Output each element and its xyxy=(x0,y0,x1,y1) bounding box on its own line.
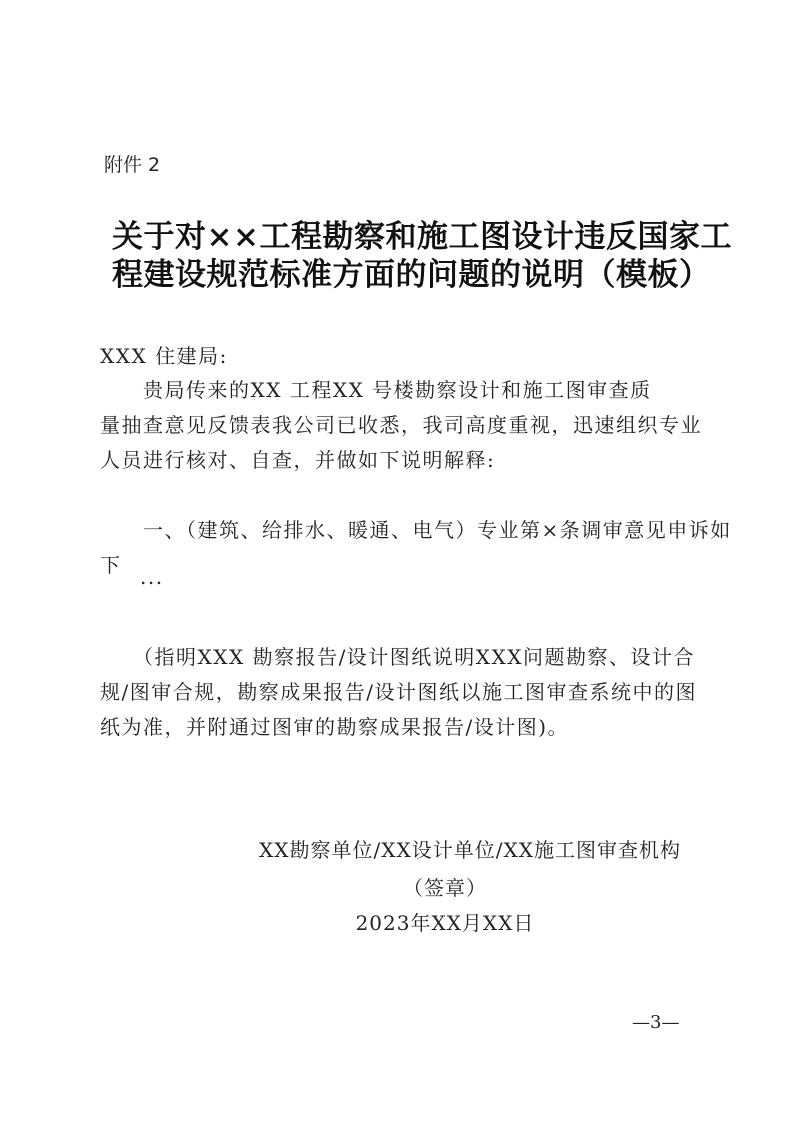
title-line-1: 关于对××工程勘察和施工图设计违反国家工 xyxy=(112,218,692,256)
attachment-label: 附件 2 xyxy=(104,150,160,177)
paragraph-line: 规/图审合规，勘察成果报告/设计图纸以施工图审查系统中的图 xyxy=(100,675,700,710)
paragraph-line: 下 xyxy=(100,548,700,583)
recipient: XXX 住建局: xyxy=(100,340,228,369)
paragraph-line: 一、（建筑、给排水、暖通、电气）专业第×条调审意见申诉如 xyxy=(100,513,700,548)
paragraph-instruction: （指明XXX 勘察报告/设计图纸说明XXX问题勘察、设计合 规/图审合规，勘察成… xyxy=(100,640,700,745)
paragraph-line: 纸为准，并附通过图审的勘察成果报告/设计图)。 xyxy=(100,710,700,745)
page-number: —3— xyxy=(632,1012,679,1033)
signature-seal: （签章） xyxy=(255,872,635,901)
paragraph-line: 量抽查意见反馈表我公司已收悉，我司高度重视，迅速组织专业 xyxy=(100,408,700,443)
paragraph-line: 贵局传来的XX 工程XX 号楼勘察设计和施工图审查质 xyxy=(100,373,700,408)
signature-date: 2023年XX月XX日 xyxy=(255,907,635,936)
title-line-2: 程建设规范标准方面的问题的说明（模板） xyxy=(112,256,692,294)
ellipsis: ... xyxy=(140,565,164,589)
signature-organization: XX勘察单位/XX设计单位/XX施工图审查机构 xyxy=(255,834,685,863)
paragraph-line: （指明XXX 勘察报告/设计图纸说明XXX问题勘察、设计合 xyxy=(100,640,700,675)
paragraph-intro: 贵局传来的XX 工程XX 号楼勘察设计和施工图审查质 量抽查意见反馈表我公司已收… xyxy=(100,373,700,478)
paragraph-item-one: 一、（建筑、给排水、暖通、电气）专业第×条调审意见申诉如 下 xyxy=(100,513,700,583)
paragraph-line: 人员进行核对、自查，并做如下说明解释: xyxy=(100,443,700,478)
document-title: 关于对××工程勘察和施工图设计违反国家工 程建设规范标准方面的问题的说明（模板） xyxy=(112,218,692,294)
